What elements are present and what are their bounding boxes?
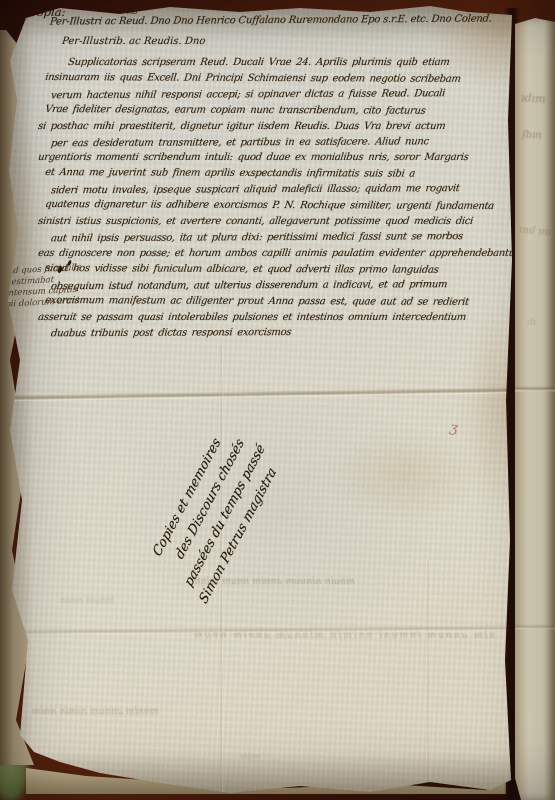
body-line: eas dignoscere non posse; et horum ambos…	[37, 246, 517, 262]
second-page-faint-writing: ınıl ım	[519, 224, 552, 238]
salutation-line: Per-Illustrib. ac Reudis. Dno	[61, 36, 205, 47]
body-line: obsequium istud notandum, aut ulterius d…	[50, 276, 517, 294]
marginal-annotation: Ad quos funiculisaestimabatintensum capi…	[5, 261, 107, 310]
bleedthrough-line: nnim	[240, 752, 261, 761]
body-line: insinuaram iis quas Excell. Dni Principi…	[44, 70, 517, 88]
bleedthrough-line: mnuin ninuum annim nnum minn	[54, 576, 355, 587]
manuscript-photo: ıdım ſbın ınıl ım ıb Copia: mo Per-Illus…	[0, 0, 555, 800]
second-page-faint-writing: ıdım	[521, 91, 546, 106]
body-line: Supplicatorias scripseram Reud. Ducali V…	[37, 55, 517, 71]
body-line: urgentioris momenti scribendum intuli: q…	[37, 150, 517, 166]
fold-crease-vertical-right	[427, 560, 431, 800]
manuscript-page: Copia: mo Per-Illustri ac Reud. Dno Dno …	[0, 0, 555, 800]
superscript-abbreviation: mo	[127, 8, 138, 16]
bleedthrough-line: nim annum inmuni nnimin minnum annim nnu…	[34, 631, 495, 641]
second-page-crease-lower	[515, 624, 555, 630]
bleedthrough-line: mnnim annum nimin nnim	[31, 706, 159, 717]
body-line: asseruit se passam quasi intolerabiles p…	[37, 310, 517, 326]
letter-body: Supplicatorias scripseram Reud. Ducali V…	[38, 55, 516, 341]
second-page-faint-writing: ıb	[527, 318, 536, 328]
second-page-crease-upper	[515, 386, 555, 392]
body-line: Vrae fideliter designatas, earum copiam …	[44, 102, 517, 120]
body-line: exorcismum manifestum ac diligenter prou…	[44, 293, 517, 311]
body-line: quatenus dignaretur iis adhibere exorcis…	[44, 197, 517, 215]
body-line: sinistri istius suspicionis, et avertere…	[37, 214, 517, 230]
body-line: per eas desideratum transmittere, et par…	[50, 133, 517, 151]
body-line: verum hactenus nihil responsi accepi; si…	[50, 86, 517, 104]
second-page-edge: ıdım ſbın ınıl ım ıb	[515, 18, 555, 800]
bleedthrough-line: innum mnin	[59, 596, 115, 606]
body-line: si posthac mihi praestiterit, dignetur i…	[37, 119, 517, 135]
body-line: duabus tribunis post dictas responsi exo…	[50, 324, 517, 342]
body-line: aut nihil ipsis persuasso, ita ut plura …	[50, 229, 517, 247]
second-page-faint-writing: ſbın	[522, 130, 542, 142]
body-line: sicut hos vidisse sibi funiculum albicar…	[44, 261, 517, 279]
